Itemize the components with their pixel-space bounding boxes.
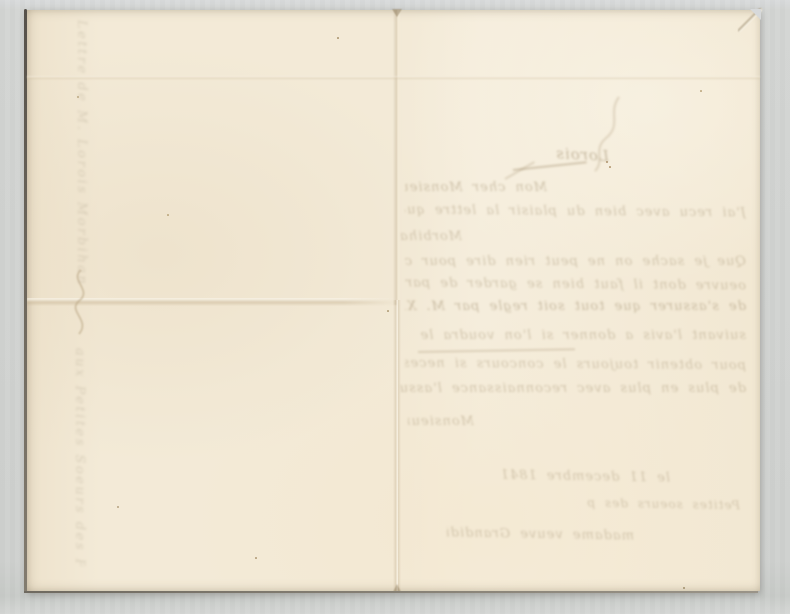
ghost-text-line: Morbihan. [400,229,462,244]
ghost-text-line: madame veuve Grandidier [447,525,634,543]
foxing-speck [700,90,702,92]
ghost-text-line: Petites soeurs des pauvres [587,496,740,513]
ghost-text-line: Que je sache on ne peut rien dire pour c… [405,254,746,269]
foxing-speck [167,214,169,216]
corner-notch [750,9,761,20]
foxing-speck [77,96,79,98]
pencil-annotation: Lettre de M. Lorois Morbihan 1841 [74,20,89,288]
ghost-text-line: J'ai recu avec bien du plaisir la lettre… [405,203,746,221]
center-fold-crease-lower [393,300,401,591]
horizontal-crease-faint [27,76,760,80]
center-fold-crease-upper [393,10,401,305]
fold-notch-bottom [393,584,401,592]
ghost-text-line: Mon cher Monsieur, [405,180,547,195]
ghost-text-line: de plus en plus avec reconnaissance l'as… [398,381,746,396]
faint-curl-mark [579,95,629,175]
ghost-text-line: Monsieur [408,414,474,429]
crumple-wrinkle-mark [59,268,103,338]
ghost-underline-stroke [418,348,575,353]
foxing-speck [387,310,389,312]
ghost-text-line: pour obtenir toujours le concours si nec… [405,356,746,373]
ghost-underline-stroke [513,161,587,171]
foxing-speck [255,557,257,559]
foxing-speck [117,506,119,508]
foxing-speck [337,37,339,39]
foxing-speck [683,587,685,589]
ghost-underline-stroke [505,161,535,180]
pencil-annotation: aux Petites Soeurs des Pauvres [72,348,87,566]
fold-notch-top [392,9,402,17]
letter-sheet: LoroisMon cher Monsieur,J'ai recu avec b… [27,10,760,591]
ghost-text-line: le 11 decembre 1841 [480,467,670,485]
ghost-text-line: de s'assurer que tout soit regle par M. … [405,299,746,314]
ghost-text-line: suivant l'avis a donner si l'on voudra l… [410,328,746,343]
scanned-letter-verso: LoroisMon cher Monsieur,J'ai recu avec b… [0,0,790,614]
ghost-text-line: oeuvre dont il faut bien se garder de pa… [405,276,746,294]
